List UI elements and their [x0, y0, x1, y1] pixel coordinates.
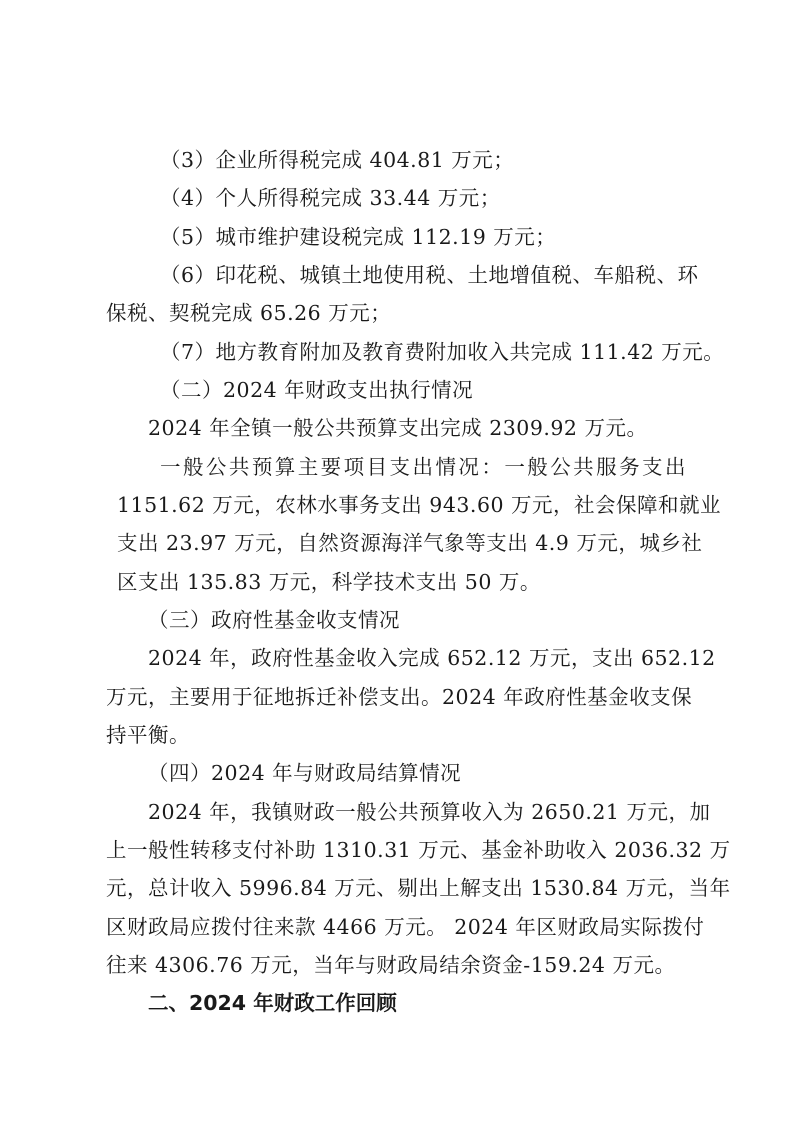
paragraph-line: （6）印花税、城镇土地使用税、土地增值税、车船税、环 [160, 263, 686, 287]
paragraph-line: 元，总计收入 5996.84 万元、剔出上解支出 1530.84 万元，当年 [106, 876, 686, 900]
paragraph-line: 2024 年，政府性基金收入完成 652.12 万元，支出 652.12 [148, 646, 686, 670]
paragraph-line: 支出 23.97 万元，自然资源海洋气象等支出 4.9 万元，城乡社 [117, 531, 686, 555]
paragraph-line: 往来 4306.76 万元，当年与财政局结余资金-159.24 万元。 [106, 953, 675, 977]
paragraph-line: （3）企业所得税完成 404.81 万元； [160, 148, 514, 172]
subsection-heading: （二）2024 年财政支出执行情况 [160, 378, 473, 402]
paragraph-line: 2024 年全镇一般公共预算支出完成 2309.92 万元。 [148, 416, 648, 440]
paragraph-line: 万元，主要用于征地拆迁补偿支出。2024 年政府性基金收支保 [106, 685, 686, 709]
paragraph-line: （4）个人所得税完成 33.44 万元； [160, 186, 501, 210]
paragraph-line: 一般公共预算主要项目支出情况：一般公共服务支出 [160, 455, 686, 479]
paragraph-line: 1151.62 万元，农林水事务支出 943.60 万元，社会保障和就业 [117, 493, 686, 517]
paragraph-line: 2024 年，我镇财政一般公共预算收入为 2650.21 万元，加 [148, 800, 686, 824]
paragraph-line: （5）城市维护建设税完成 112.19 万元； [160, 225, 556, 249]
document-page: （3）企业所得税完成 404.81 万元；（4）个人所得税完成 33.44 万元… [0, 0, 793, 1122]
paragraph-line: 区支出 135.83 万元，科学技术支出 50 万。 [117, 570, 541, 594]
section-heading: 二、2024 年财政工作回顾 [148, 991, 397, 1015]
paragraph-line: 持平衡。 [106, 723, 190, 747]
paragraph-line: （7）地方教育附加及教育费附加收入共完成 111.42 万元。 [160, 340, 724, 364]
paragraph-line: 上一般性转移支付补助 1310.31 万元、基金补助收入 2036.32 万 [106, 838, 686, 862]
subsection-heading: （三）政府性基金收支情况 [148, 608, 400, 632]
paragraph-line: 保税、契税完成 65.26 万元； [106, 301, 391, 325]
paragraph-line: 区财政局应拨付往来款 4466 万元。 2024 年区财政局实际拨付 [106, 915, 686, 939]
subsection-heading: （四）2024 年与财政局结算情况 [148, 761, 461, 785]
